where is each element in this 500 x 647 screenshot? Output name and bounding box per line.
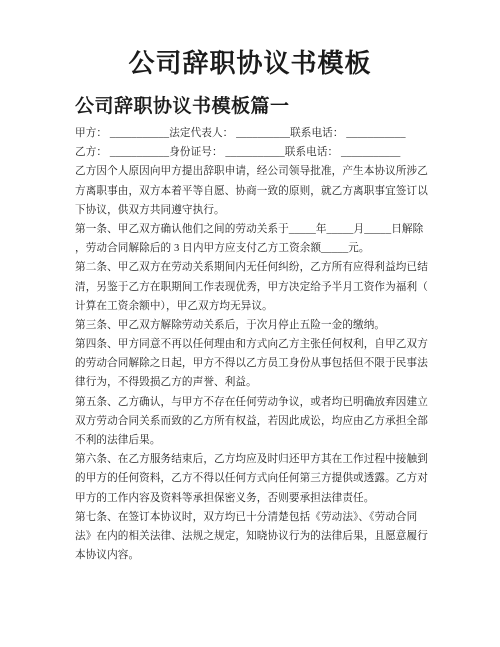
- text-line: 第五条、乙方确认，与甲方不存在任何劳动争议，或者均已明确放弃因建立: [75, 393, 447, 412]
- text-line: 第一条、甲乙双方确认他们之间的劳动关系于_____年_____月_____日解除: [75, 220, 447, 239]
- document-page: 公司辞职协议书模板 公司辞职协议书模板篇一 甲方： ___________法定代…: [0, 0, 500, 647]
- text-line: 的甲方的任何资料，乙方不得以任何方式向任何第三方提供或透露。乙方对: [75, 469, 447, 488]
- text-line: 第三条、甲乙双方解除劳动关系后，于次月停止五险一金的缴纳。: [75, 316, 447, 335]
- text-line: 甲方的工作内容及资料等承担保密义务，否则要承担法律责任。: [75, 489, 447, 508]
- text-line: 乙方： ___________身份证号： ___________联系电话： __…: [75, 143, 447, 162]
- text-line: 的劳动合同解除之日起，甲方不得以乙方员工身份从事包括但不限于民事法: [75, 354, 447, 373]
- text-line: 律行为，不得毁损乙方的声誉、利益。: [75, 373, 447, 392]
- text-line: 法》在内的相关法律、法规之规定，知晓协议行为的法律后果，且愿意履行: [75, 527, 447, 546]
- text-line: 第四条、甲方同意不再以任何理由和方式向乙方主张任何权利，自甲乙双方: [75, 335, 447, 354]
- text-line: 甲方： ___________法定代表人： __________联系电话： __…: [75, 124, 447, 143]
- document-body: 甲方： ___________法定代表人： __________联系电话： __…: [75, 124, 447, 565]
- text-line: 方离职事由，双方本着平等自愿、协商一致的原则，就乙方离职事宜签订以: [75, 182, 447, 201]
- text-line: 乙方因个人原因向甲方提出辞职申请，经公司领导批准，产生本协议所涉乙: [75, 162, 447, 181]
- text-line: 清，另鉴于乙方在职期间工作表现优秀，甲方决定给予半月工资作为福利（: [75, 278, 447, 297]
- section-heading: 公司辞职协议书模板篇一: [75, 94, 290, 119]
- text-line: 计算在工资余额中），甲乙双方均无异议。: [75, 297, 447, 316]
- text-line: 第六条、在乙方服务结束后，乙方均应及时归还甲方其在工作过程中接触到: [75, 450, 447, 469]
- text-line: 不利的法律后果。: [75, 431, 447, 450]
- text-line: 下协议，供双方共同遵守执行。: [75, 201, 447, 220]
- text-line: 双方劳动合同关系而致的乙方所有权益，若因此成讼，均应由乙方承担全部: [75, 412, 447, 431]
- text-line: ，劳动合同解除后的 3 日内甲方应支付乙方工资余额_____元。: [75, 239, 447, 258]
- text-line: 第七条、在签订本协议时，双方均已十分清楚包括《劳动法》、《劳动合同: [75, 508, 447, 527]
- text-line: 第二条、甲乙双方在劳动关系期间内无任何纠纷，乙方所有应得利益均已结: [75, 258, 447, 277]
- document-title: 公司辞职协议书模板: [0, 48, 500, 80]
- text-line: 本协议内容。: [75, 546, 447, 565]
